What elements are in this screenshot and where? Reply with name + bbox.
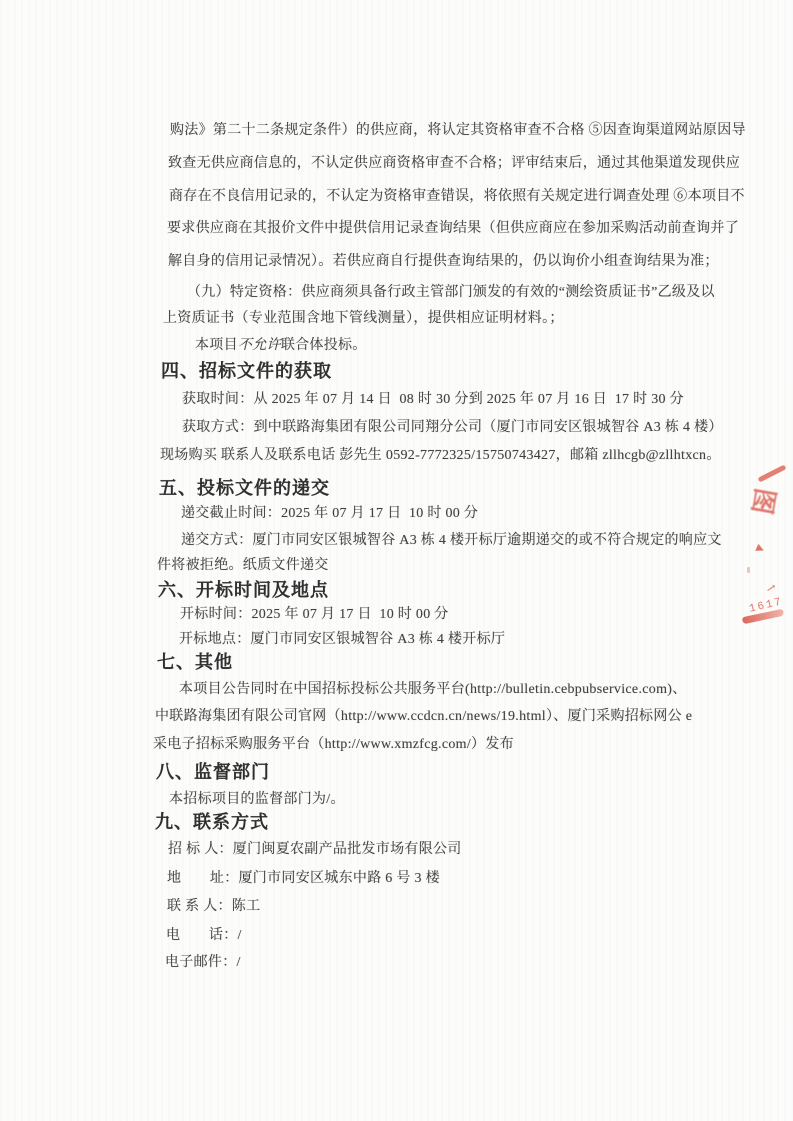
seal-number: 1617 <box>748 596 784 615</box>
seal-arc-stroke-icon <box>757 464 786 482</box>
section-heading-5: 五、投标文件的递交 <box>159 476 330 500</box>
s5-method-line-2: 件将被拒绝。纸质文件递交 <box>157 556 329 576</box>
intro-line-4: 要求供应商在其报价文件中提供信用记录查询结果（但供应商应在参加采购活动前查询并了 <box>167 219 739 239</box>
s5-method-line-1: 递交方式：厦门市同安区银城智谷 A3 栋 4 楼开标厅逾期递交的或不符合规定的响… <box>181 531 722 551</box>
s8-supervisor: 本招标项目的监督部门为/。 <box>169 790 345 810</box>
section-heading-4: 四、招标文件的获取 <box>161 359 332 383</box>
s6-open-place: 开标地点：厦门市同安区银城智谷 A3 栋 4 楼开标厅 <box>179 630 505 650</box>
s4-obtain-contact: 现场购买 联系人及联系电话 彭先生 0592-7772325/157507434… <box>160 446 721 466</box>
no-joint-prefix: 本项目 <box>195 338 238 353</box>
intro-line-2: 致查无供应商信息的，不认定供应商资格审查不合格；评审结束后，通过其他渠道发现供应 <box>168 154 740 174</box>
section-heading-8: 八、监督部门 <box>156 760 270 784</box>
no-joint-suffix: 联合体投标。 <box>281 338 367 353</box>
section-heading-7: 七、其他 <box>157 650 233 674</box>
contact-email: 电子邮件：/ <box>165 953 241 973</box>
s5-deadline: 递交截止时间：2025 年 07 月 17 日 10 时 00 分 <box>181 504 478 524</box>
section-heading-6: 六、开标时间及地点 <box>158 578 329 602</box>
s4-obtain-method: 获取方式：到中联路海集团有限公司同翔分公司（厦门市同安区银城智谷 A3 栋 4 … <box>182 418 723 438</box>
s4-obtain-time: 获取时间：从 2025 年 07 月 14 日 08 时 30 分到 2025 … <box>182 390 684 410</box>
seal-triangle-icon: ▲ <box>750 540 770 558</box>
no-joint-bid-line: 本项目不允许联合体投标。 <box>195 336 367 356</box>
scanned-tender-document-page: 购法》第二十二条规定条件）的供应商，将认定其资格审查不合格 ⑤因查询渠道网站原因… <box>0 0 793 1121</box>
seal-tick-icon: ↗ <box>765 580 778 597</box>
intro-line-1: 购法》第二十二条规定条件）的供应商，将认定其资格审查不合格 ⑤因查询渠道网站原因… <box>170 121 746 141</box>
s6-open-time: 开标时间：2025 年 07 月 17 日 10 时 00 分 <box>180 605 449 625</box>
seal-dot-icon <box>747 567 750 573</box>
contact-address: 地 址：厦门市同安区城东中路 6 号 3 楼 <box>167 869 440 889</box>
clause9-line-2: 上资质证书（专业范围含地下管线测量），提供相应证明材料。； <box>163 309 564 329</box>
seal-character-icon: 图 <box>745 485 786 517</box>
contact-person: 联 系 人：陈工 <box>167 897 260 917</box>
section-heading-9: 九、联系方式 <box>155 810 269 834</box>
seal-bottom-arc-icon <box>742 609 785 625</box>
no-joint-emphasis: 不允许 <box>238 338 281 353</box>
s7-publish-line-1: 本项目公告同时在中国招标投标公共服务平台(http://bulletin.ceb… <box>179 680 687 700</box>
s7-publish-line-2: 中联路海集团有限公司官网（http://www.ccdcn.cn/news/19… <box>155 707 692 727</box>
contact-phone: 电 话：/ <box>166 926 242 946</box>
intro-line-3: 商存在不良信用记录的，不认定为资格审查错误，将依照有关规定进行调查处理 ⑥本项目… <box>169 187 745 207</box>
clause9-line-1: （九）特定资格：供应商须具备行政主管部门颁发的有效的“测绘资质证书”乙级及以 <box>187 283 715 303</box>
contact-bidder: 招 标 人：厦门闽夏农副产品批发市场有限公司 <box>168 840 462 860</box>
s7-publish-line-3: 采电子招标采购服务平台（http://www.xmzfcg.com/）发布 <box>153 735 514 755</box>
intro-line-5: 解自身的信用记录情况）。若供应商自行提供查询结果的，仍以询价小组查询结果为准； <box>168 252 719 272</box>
